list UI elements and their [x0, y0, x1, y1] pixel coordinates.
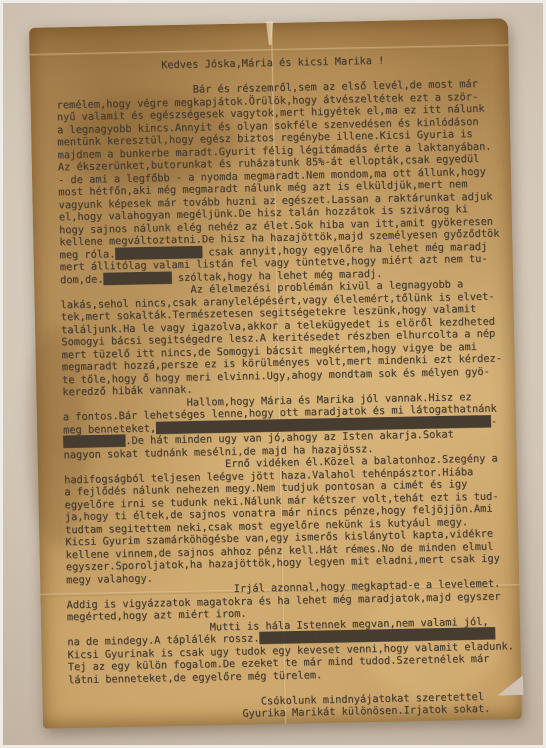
photo-background: Kedves Jóska,Mária és kicsi Marika ! Bár…	[0, 0, 546, 748]
top-edge-tear	[264, 21, 276, 45]
letter-text: Kedves Jóska,Mária és kicsi Marika ! Bár…	[56, 52, 513, 723]
letter-paper: Kedves Jóska,Mária és kicsi Marika ! Bár…	[29, 18, 522, 728]
